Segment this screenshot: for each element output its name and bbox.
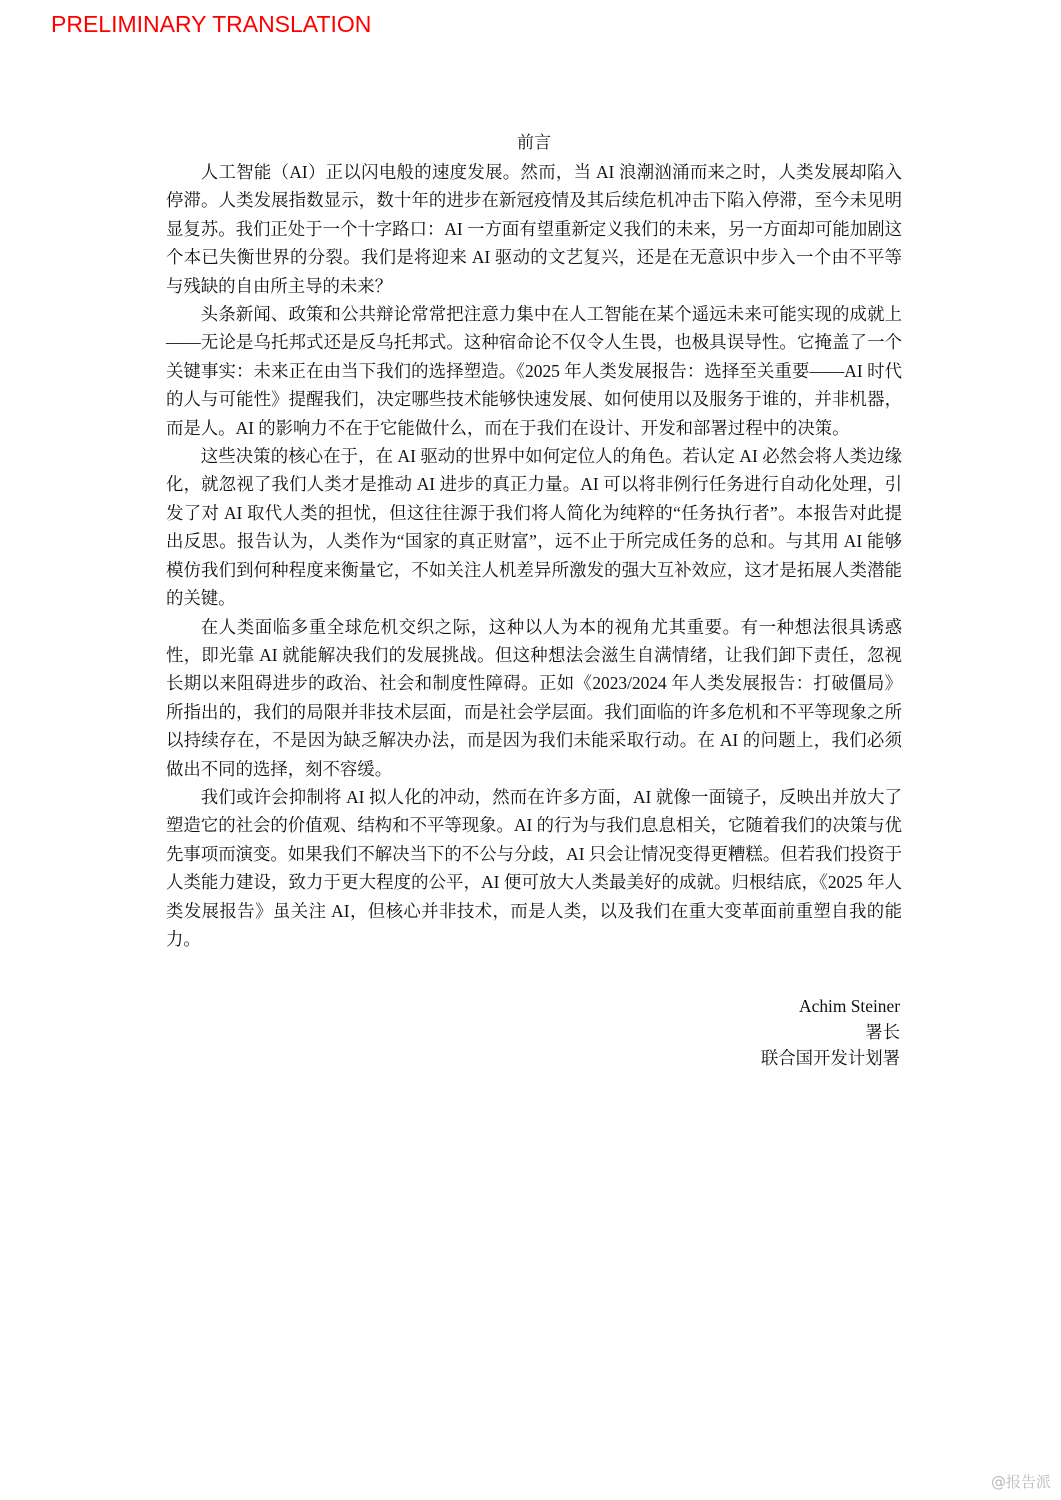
signatory-name: Achim Steiner	[761, 993, 900, 1019]
signatory-role: 署长	[761, 1019, 900, 1045]
paragraph: 我们或许会抑制将 AI 拟人化的冲动，然而在许多方面，AI 就像一面镜子，反映出…	[166, 783, 902, 953]
page-title: 前言	[166, 128, 902, 158]
foreword-body: 前言 人工智能（AI）正以闪电般的速度发展。然而，当 AI 浪潮汹涌而来之时，人…	[166, 128, 902, 953]
paragraph: 头条新闻、政策和公共辩论常常把注意力集中在人工智能在某个遥远未来可能实现的成就上…	[166, 300, 902, 442]
preliminary-translation-banner: PRELIMINARY TRANSLATION	[51, 11, 371, 38]
signatory-organization: 联合国开发计划署	[761, 1045, 900, 1071]
paragraph: 人工智能（AI）正以闪电般的速度发展。然而，当 AI 浪潮汹涌而来之时，人类发展…	[166, 158, 902, 300]
paragraph: 在人类面临多重全球危机交织之际，这种以人为本的视角尤其重要。有一种想法很具诱惑性…	[166, 613, 902, 783]
signature-block: Achim Steiner 署长 联合国开发计划署	[761, 993, 900, 1071]
watermark: @报告派	[991, 1471, 1051, 1492]
paragraph: 这些决策的核心在于，在 AI 驱动的世界中如何定位人的角色。若认定 AI 必然会…	[166, 442, 902, 612]
